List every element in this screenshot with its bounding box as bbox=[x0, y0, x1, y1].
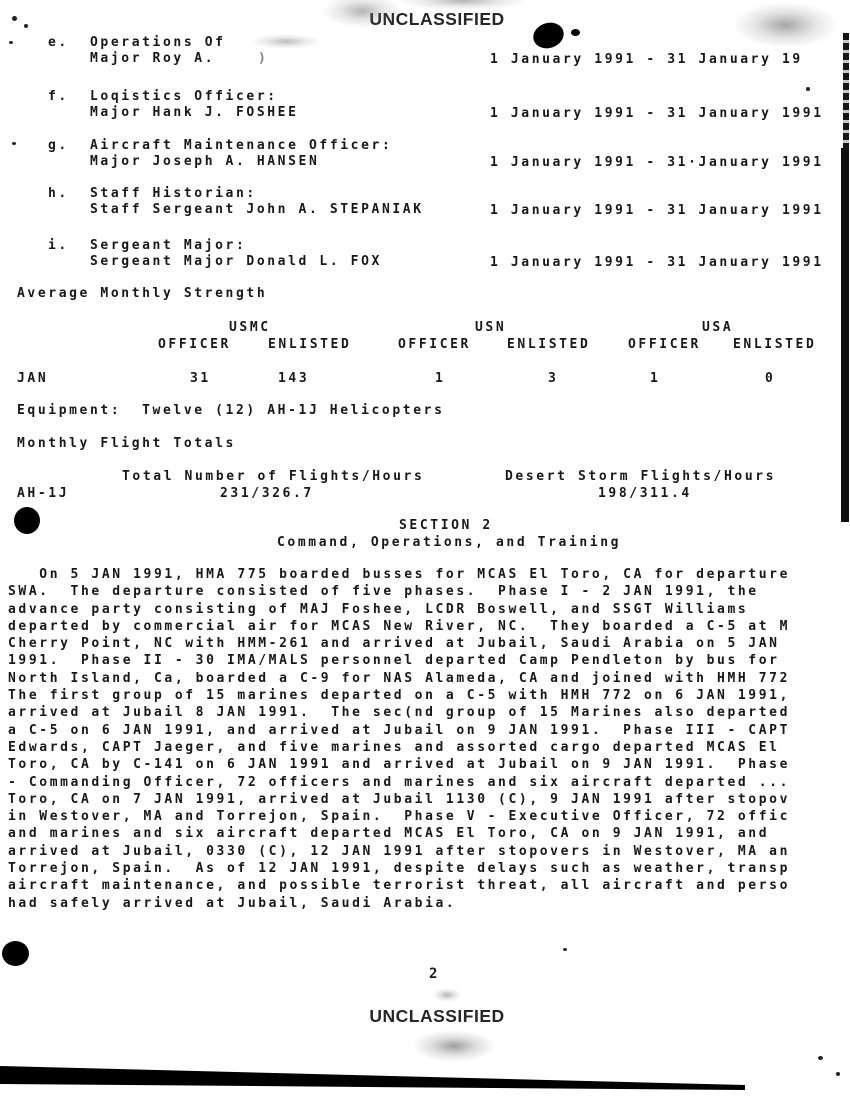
roster-name: Sergeant Major Donald L. FOX bbox=[90, 255, 382, 269]
body-line: departed by commercial air for MCAS New … bbox=[8, 618, 848, 635]
flight-col2-header: Desert Storm Flights/Hours bbox=[505, 470, 776, 484]
body-line: North Island, Ca, boarded a C-9 for NAS … bbox=[8, 670, 848, 687]
scan-blob bbox=[14, 507, 40, 534]
roster-title: Operations Of bbox=[90, 36, 226, 50]
scan-speck bbox=[836, 1072, 840, 1076]
roster-title: Aircraft Maintenance Officer: bbox=[90, 139, 392, 153]
scan-speck bbox=[563, 948, 567, 951]
flight-col2-value: 198/311.4 bbox=[598, 487, 692, 501]
body-line: Edwards, CAPT Jaeger, and five marines a… bbox=[8, 739, 848, 756]
scan-speck bbox=[12, 142, 16, 145]
roster-letter: e. bbox=[48, 36, 69, 50]
strength-cell: 1 bbox=[650, 372, 660, 386]
roster-name: Staff Sergeant John A. STEPANIAK bbox=[90, 203, 424, 217]
body-line: Toro, CA by C-141 on 6 JAN 1991 and arri… bbox=[8, 756, 848, 773]
scan-speck bbox=[24, 24, 28, 28]
roster-letter: h. bbox=[48, 187, 69, 201]
roster-title: Sergeant Major: bbox=[90, 239, 246, 253]
scan-blob bbox=[530, 19, 567, 52]
roster-name: Major Joseph A. HANSEN bbox=[90, 155, 319, 169]
flight-col1-header: Total Number of Flights/Hours bbox=[122, 470, 424, 484]
roster-letter: i. bbox=[48, 239, 69, 253]
body-line: Torrejon, Spain. As of 12 JAN 1991, desp… bbox=[8, 860, 848, 877]
scan-speck bbox=[806, 87, 810, 91]
roster-period: 1 January 1991 - 31 January 19 bbox=[490, 53, 803, 67]
scan-smudge bbox=[733, 2, 838, 48]
scan-speck bbox=[9, 41, 13, 44]
body-line: On 5 JAN 1991, HMA 775 boarded busses fo… bbox=[8, 566, 848, 583]
roster-period: 1 January 1991 - 31 January 1991 bbox=[490, 256, 824, 270]
body-line: arrived at Jubail 8 JAN 1991. The sec(nd… bbox=[8, 704, 848, 721]
body-line: Toro, CA on 7 JAN 1991, arrived at Jubai… bbox=[8, 791, 848, 808]
scan-blob bbox=[2, 941, 29, 966]
roster-name: Major Hank J. FOSHEE bbox=[90, 106, 299, 120]
body-line: and marines and six aircraft departed MC… bbox=[8, 825, 848, 842]
strength-col-header: OFFICER bbox=[398, 338, 471, 352]
roster-name-fragment: ) bbox=[258, 52, 268, 66]
strength-cell: 143 bbox=[278, 372, 309, 386]
roster-title: Staff Historian: bbox=[90, 187, 257, 201]
flight-col1-value: 231/326.7 bbox=[220, 487, 314, 501]
roster-title: Loqistics Officer: bbox=[90, 90, 278, 104]
page-number: 2 bbox=[429, 966, 439, 982]
strength-col-header: ENLISTED bbox=[268, 338, 351, 352]
body-line: Cherry Point, NC with HMM-261 and arrive… bbox=[8, 635, 848, 652]
roster-letter: g. bbox=[48, 139, 69, 153]
body-line: aircraft maintenance, and possible terro… bbox=[8, 877, 848, 894]
body-paragraph: On 5 JAN 1991, HMA 775 boarded busses fo… bbox=[8, 566, 848, 912]
scan-smudge bbox=[432, 988, 462, 1002]
body-line: arrived at Jubail, 0330 (C), 12 JAN 1991… bbox=[8, 843, 848, 860]
roster-name: Major Roy A. bbox=[90, 52, 215, 66]
flight-totals-title: Monthly Flight Totals bbox=[17, 437, 236, 451]
body-line: in Westover, MA and Torrejon, Spain. Pha… bbox=[8, 808, 848, 825]
body-line: The first group of 15 marines departed o… bbox=[8, 687, 848, 704]
strength-col-header: ENLISTED bbox=[733, 338, 816, 352]
scan-speck bbox=[12, 16, 17, 21]
scan-streak bbox=[843, 33, 849, 150]
document-page: UNCLASSIFIED e. Operations Of Major Roy … bbox=[0, 0, 850, 1097]
strength-branch-usa: USA bbox=[702, 321, 733, 335]
scan-smudge bbox=[412, 1030, 496, 1062]
section-heading: SECTION 2 bbox=[399, 519, 493, 533]
strength-col-header: ENLISTED bbox=[507, 338, 590, 352]
body-line: - Commanding Officer, 72 officers and ma… bbox=[8, 774, 848, 791]
strength-col-header: OFFICER bbox=[628, 338, 701, 352]
body-line: 1991. Phase II - 30 IMA/MALS personnel d… bbox=[8, 652, 848, 669]
scan-speck bbox=[818, 1056, 823, 1060]
strength-cell: 3 bbox=[548, 372, 558, 386]
strength-branch-usmc: USMC bbox=[229, 321, 271, 335]
section-subheading: Command, Operations, and Training bbox=[277, 536, 621, 550]
equipment-line: Equipment: Twelve (12) AH-1J Helicopters bbox=[17, 404, 445, 418]
strength-title: Average Monthly Strength bbox=[17, 287, 267, 301]
roster-period: 1 January 1991 - 31 January 1991 bbox=[490, 204, 824, 218]
body-line: a C-5 on 6 JAN 1991, and arrived at Juba… bbox=[8, 722, 848, 739]
roster-period: 1 January 1991 - 31·January 1991 bbox=[490, 156, 824, 170]
strength-row-label: JAN bbox=[17, 372, 48, 386]
scan-smudge bbox=[250, 34, 322, 49]
flight-row-label: AH-1J bbox=[17, 487, 69, 501]
scan-blob bbox=[571, 29, 580, 36]
body-line: had safely arrived at Jubail, Saudi Arab… bbox=[8, 895, 848, 912]
roster-period: 1 January 1991 - 31 January 1991 bbox=[490, 107, 824, 121]
roster-letter: f. bbox=[48, 90, 69, 104]
scan-streak bbox=[841, 148, 849, 522]
body-line: advance party consisting of MAJ Foshee, … bbox=[8, 601, 848, 618]
strength-cell: 0 bbox=[765, 372, 775, 386]
strength-col-header: OFFICER bbox=[158, 338, 231, 352]
body-line: SWA. The departure consisted of five pha… bbox=[8, 583, 848, 600]
classification-footer: UNCLASSIFIED bbox=[369, 1006, 504, 1027]
strength-cell: 31 bbox=[190, 372, 211, 386]
strength-branch-usn: USN bbox=[475, 321, 506, 335]
strength-cell: 1 bbox=[435, 372, 445, 386]
